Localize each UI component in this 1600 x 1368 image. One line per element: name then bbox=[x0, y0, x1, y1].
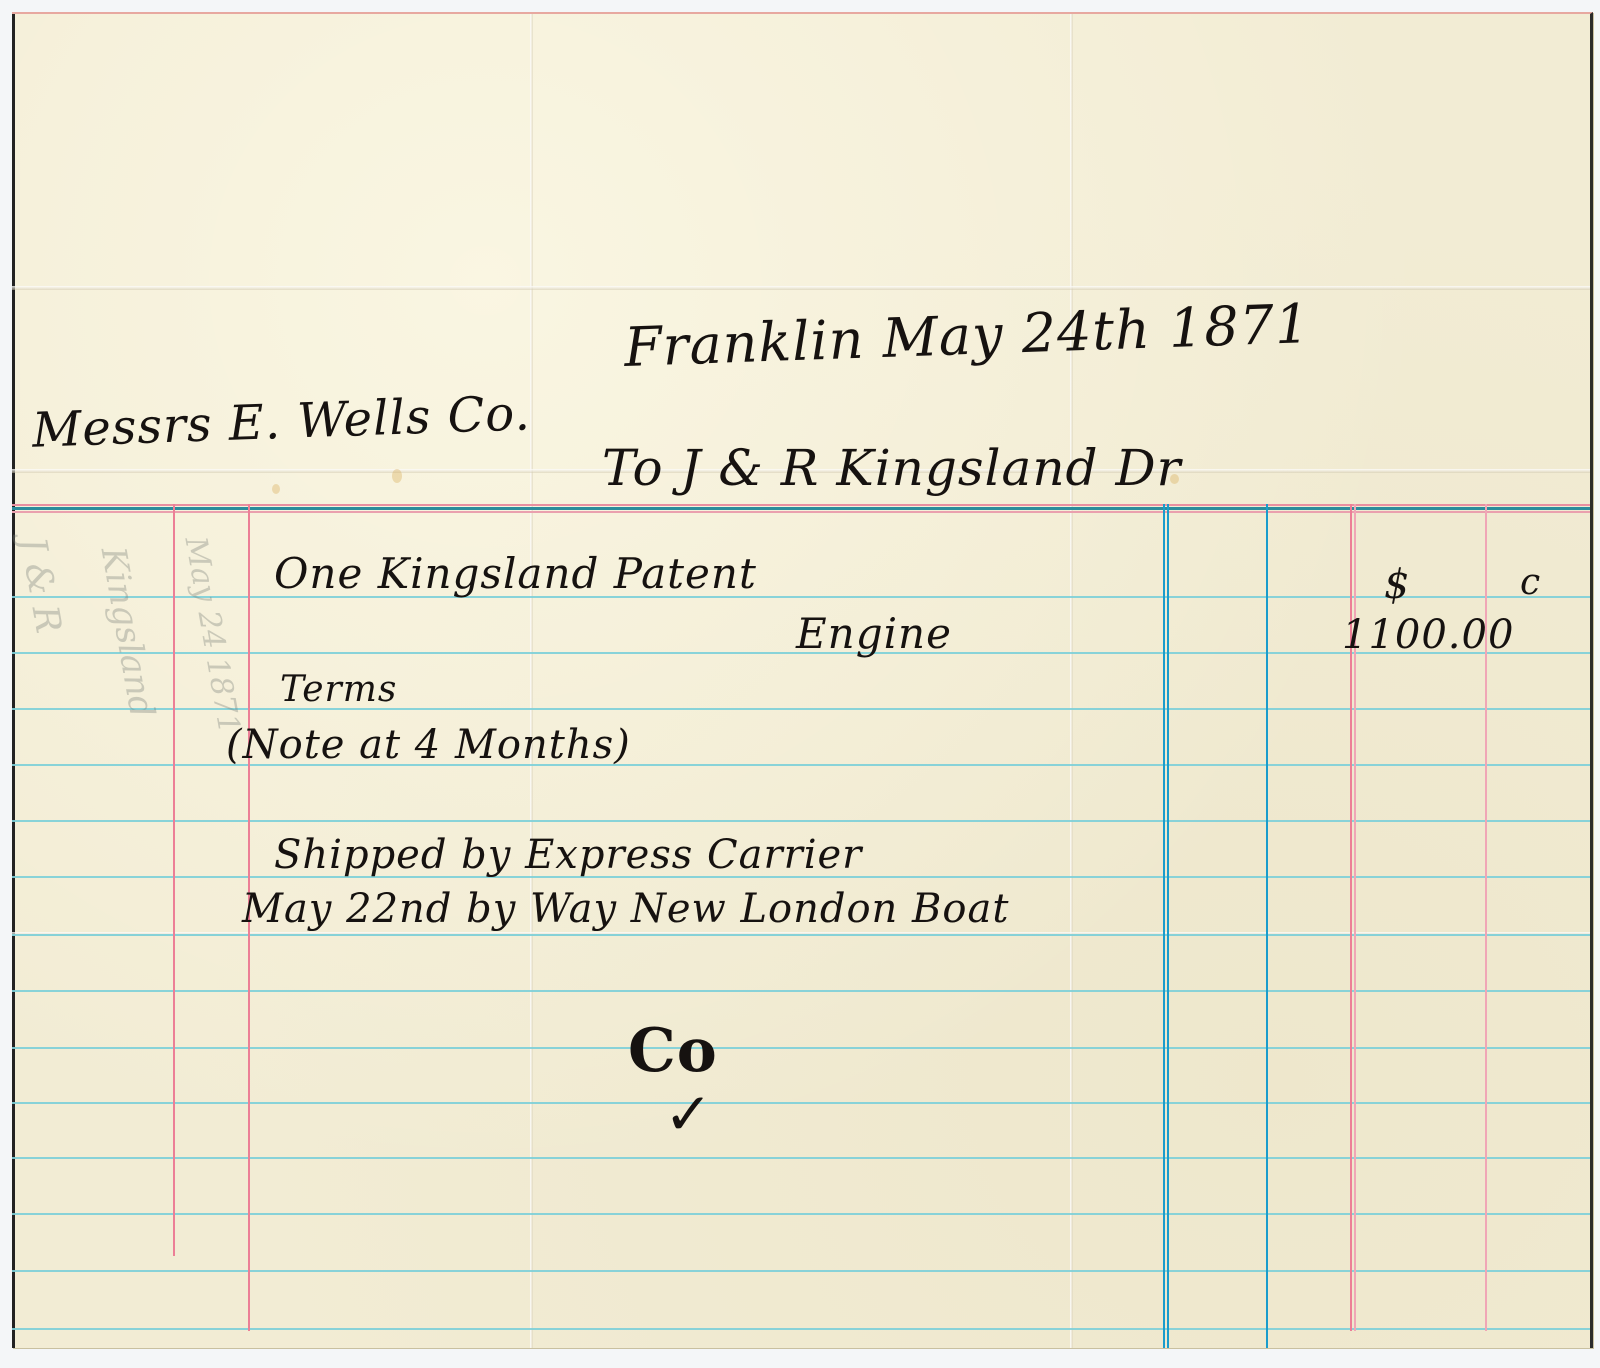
fold-crease-vertical bbox=[530, 14, 533, 1348]
initials-signature: Co bbox=[628, 1016, 718, 1086]
vendor-line: To J & R Kingsland Dr bbox=[602, 439, 1181, 497]
item-description: One Kingsland Patent bbox=[274, 549, 757, 598]
terms-label: Terms bbox=[280, 669, 397, 710]
shipping-note: Shipped by Express Carrier bbox=[274, 832, 862, 878]
column-rule-blue-double bbox=[1163, 504, 1165, 1348]
foxing-stain bbox=[392, 469, 402, 483]
item-description-continued: Engine bbox=[796, 609, 952, 658]
fold-crease-vertical bbox=[1070, 14, 1073, 1348]
pencil-margin-note: J & R bbox=[12, 534, 69, 636]
addressee: Messrs E. Wells Co. bbox=[31, 385, 531, 458]
fold-crease-horizontal bbox=[12, 286, 1590, 290]
terms-value: (Note at 4 Months) bbox=[226, 722, 631, 768]
shipping-note-continued: May 22nd by Way New London Boat bbox=[242, 886, 1009, 932]
column-rule-blue-double bbox=[1167, 504, 1169, 1348]
margin-rule-left bbox=[173, 504, 175, 1256]
currency-symbol: $ bbox=[1384, 562, 1410, 608]
foxing-stain bbox=[272, 484, 280, 494]
pencil-margin-note: May 24 1871 bbox=[178, 534, 247, 736]
invoice-paper: J & R Kingsland May 24 1871 Franklin May… bbox=[12, 12, 1593, 1348]
place-and-date: Franklin May 24th 1871 bbox=[623, 292, 1311, 379]
item-amount: 1100.00 bbox=[1342, 612, 1514, 658]
pencil-margin-note: Kingsland bbox=[93, 544, 162, 721]
check-mark-icon: ✓ bbox=[664, 1080, 714, 1148]
column-rule-blue bbox=[1266, 504, 1268, 1348]
cents-mark: c bbox=[1520, 562, 1541, 603]
